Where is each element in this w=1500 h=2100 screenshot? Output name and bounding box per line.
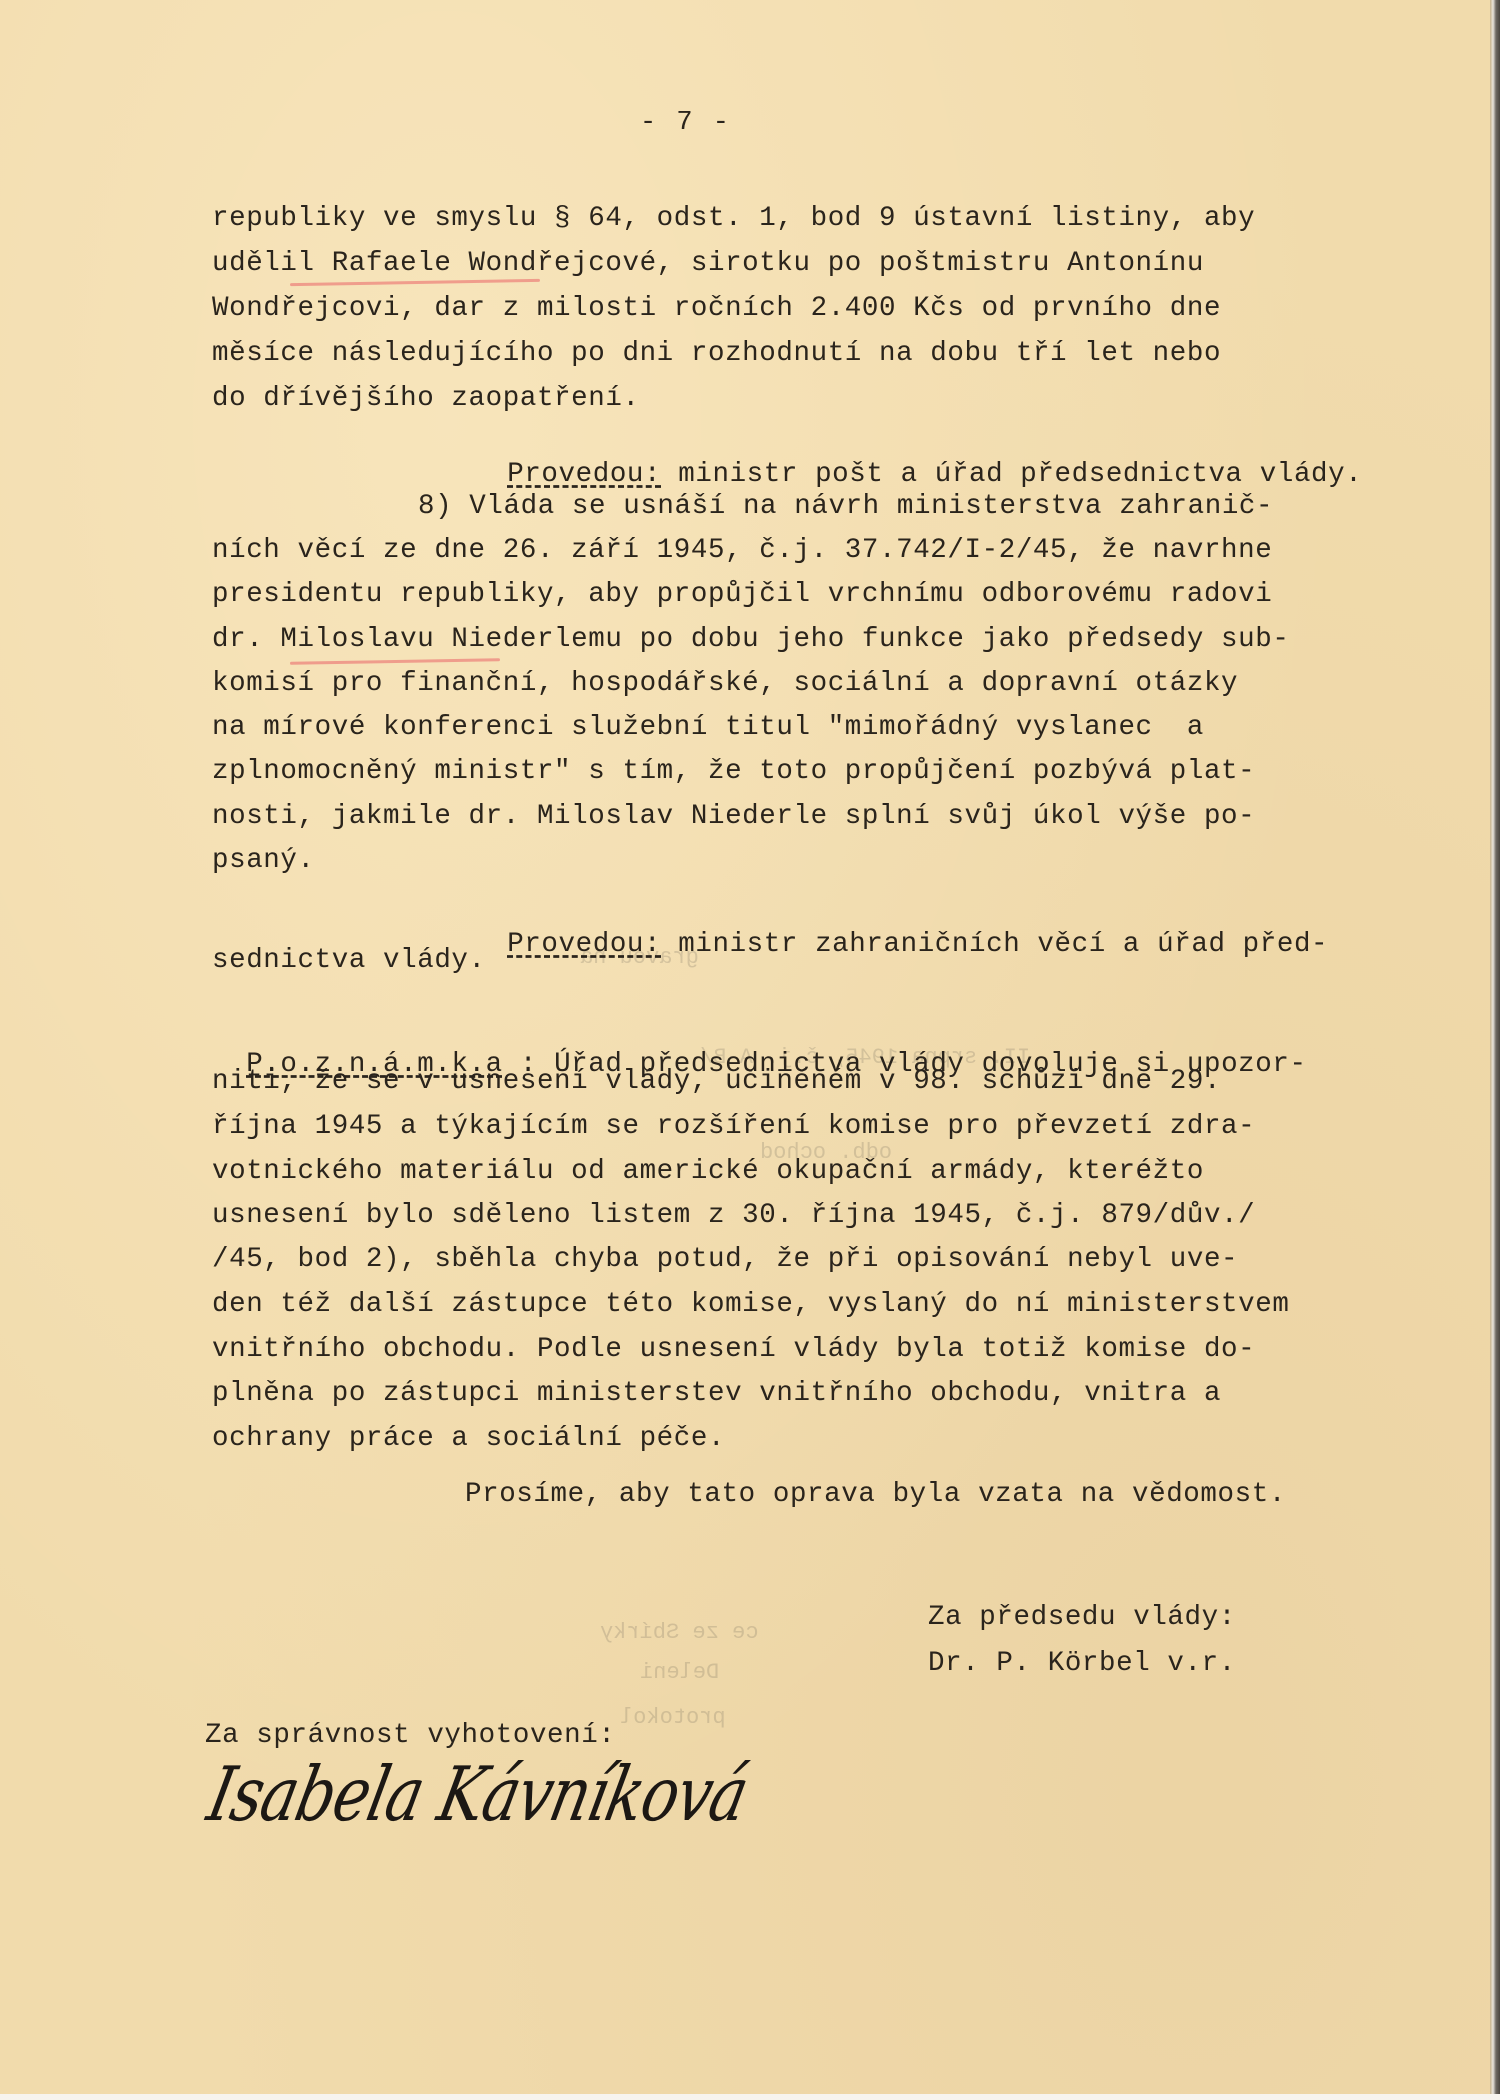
paragraph-line: zplnomocněný ministr" s tím, že toto pro… bbox=[212, 758, 1255, 786]
bleed-through-text: Deleni bbox=[640, 1660, 719, 1685]
page-number: - 7 - bbox=[640, 108, 731, 138]
paragraph-line: ních věcí ze dne 26. září 1945, č.j. 37.… bbox=[212, 537, 1272, 565]
paragraph-line: 8) Vláda se usnáší na návrh ministerstva… bbox=[418, 493, 1273, 521]
note-line: niti, že se v usnesení vlády, učiněném v… bbox=[212, 1068, 1221, 1096]
paragraph-line: měsíce následujícího po dni rozhodnutí n… bbox=[212, 340, 1221, 368]
certification-label: Za správnost vyhotovení: bbox=[205, 1722, 615, 1750]
note-line: votnického materiálu od americké okupačn… bbox=[212, 1158, 1204, 1186]
paragraph-line: sednictva vlády. bbox=[212, 947, 486, 975]
note-line: plněna po zástupci ministerstev vnitřníh… bbox=[212, 1380, 1221, 1408]
executors-line: Provedou: ministr pošt a úřad předsednic… bbox=[473, 433, 1362, 488]
paragraph-line: Wondřejcovi, dar z milosti ročních 2.400… bbox=[212, 295, 1221, 323]
executors-text: ministr pošt a úřad předsednictva vlády. bbox=[661, 459, 1362, 490]
paragraph-line: do dřívějšího zaopatření. bbox=[212, 385, 640, 413]
note-line: vnitřního obchodu. Podle usnesení vlády … bbox=[212, 1336, 1255, 1364]
paragraph-line: komisí pro finanční, hospodářské, sociál… bbox=[212, 670, 1238, 698]
paragraph-line: republiky ve smyslu § 64, odst. 1, bod 9… bbox=[212, 205, 1255, 233]
executors-text: ministr zahraničních věcí a úřad před- bbox=[661, 929, 1328, 960]
page-edge bbox=[1490, 0, 1500, 2100]
paragraph-line: psaný. bbox=[212, 847, 315, 875]
paragraph-line: udělil Rafaele Wondřejcové, sirotku po p… bbox=[212, 250, 1204, 278]
signatory-label: Za předsedu vlády: bbox=[928, 1604, 1236, 1632]
paragraph-line: na mírové konferenci služební titul "mim… bbox=[212, 714, 1204, 742]
executors-line: Provedou: ministr zahraničních věcí a úř… bbox=[473, 903, 1328, 958]
signatory-name: Dr. P. Körbel v.r. bbox=[928, 1650, 1236, 1678]
executors-label: Provedou: bbox=[507, 929, 661, 960]
bleed-through-text: ce ze Sbírky bbox=[600, 1620, 758, 1645]
note-line: ochrany práce a sociální péče. bbox=[212, 1425, 725, 1453]
note-line: usnesení bylo sděleno listem z 30. října… bbox=[212, 1202, 1255, 1230]
paragraph-line: nosti, jakmile dr. Miloslav Niederle spl… bbox=[212, 803, 1255, 831]
paragraph-line: presidentu republiky, aby propůjčil vrch… bbox=[212, 581, 1272, 609]
page-edge bbox=[0, 2094, 1500, 2100]
handwritten-signature: Isabela Kávníková bbox=[201, 1751, 755, 1839]
closing-request: Prosíme, aby tato oprava byla vzata na v… bbox=[465, 1481, 1286, 1509]
note-line: října 1945 a týkajícím se rozšíření komi… bbox=[212, 1113, 1255, 1141]
bleed-through-text: protokol bbox=[620, 1705, 726, 1730]
paragraph-line: dr. Miloslavu Niederlemu po dobu jeho fu… bbox=[212, 626, 1289, 654]
executors-label: Provedou: bbox=[507, 459, 661, 490]
note-line: den též další zástupce této komise, vysl… bbox=[212, 1291, 1289, 1319]
note-line: /45, bod 2), sběhla chyba potud, že při … bbox=[212, 1246, 1238, 1274]
